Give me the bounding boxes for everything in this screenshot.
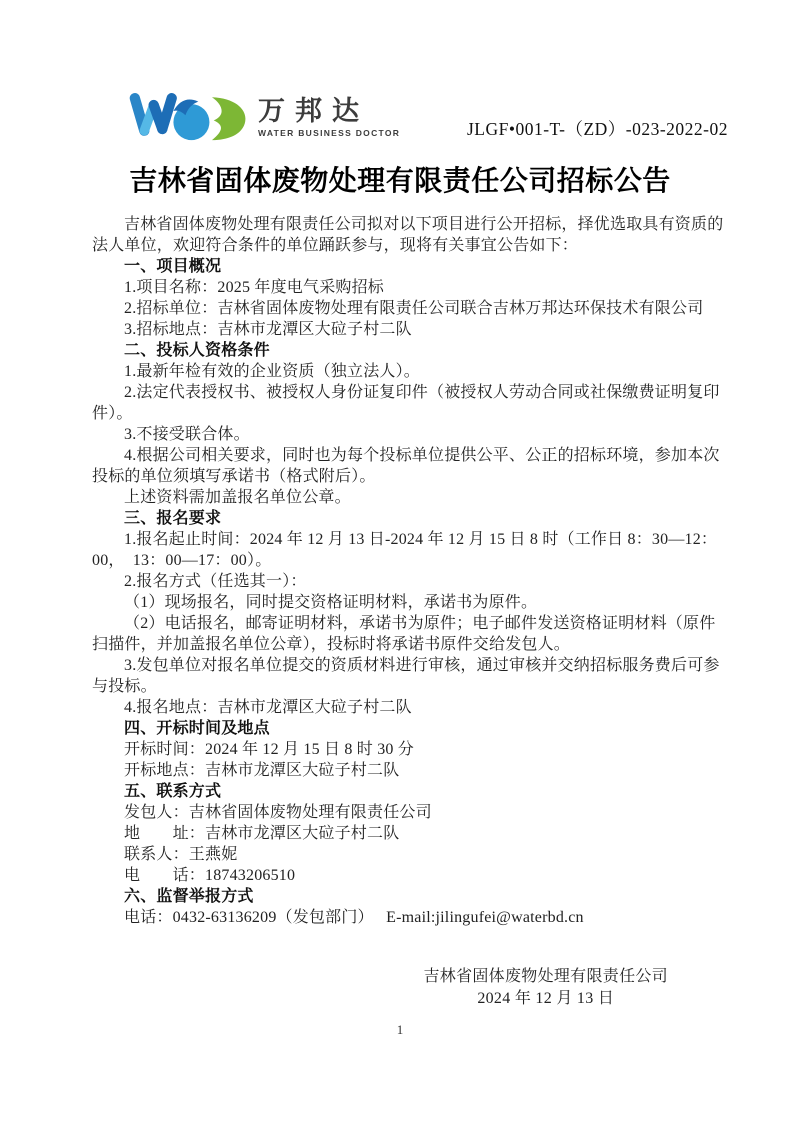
paragraph: 1.项目名称：2025 年度电气采购招标 (92, 277, 730, 298)
section-heading-contact: 五、联系方式 (92, 781, 730, 802)
section-heading-overview: 一、项目概况 (92, 256, 730, 277)
paragraph: 3.招标地点：吉林市龙潭区大砬子村二队 (92, 319, 730, 340)
page-title: 吉林省固体废物处理有限责任公司招标公告 (0, 161, 800, 201)
company-logo: 万邦达 WATER BUSINESS DOCTOR (128, 89, 400, 145)
signature-company: 吉林省固体废物处理有限责任公司 (423, 966, 668, 988)
paragraph: 3.发包单位对报名单位提交的资质材料进行审核，通过审核并交纳招标服务费后可参与投… (92, 655, 730, 697)
paragraph: 2.报名方式（任选其一）： (92, 571, 730, 592)
paragraph: 开标时间：2024 年 12 月 15 日 8 时 30 分 (92, 739, 730, 760)
section-heading-registration: 三、报名要求 (92, 508, 730, 529)
section-heading-bid-opening: 四、开标时间及地点 (92, 718, 730, 739)
wbd-logo-icon (128, 89, 248, 145)
intro-paragraph: 吉林省固体废物处理有限责任公司拟对以下项目进行公开招标，择优选取具有资质的法人单… (92, 214, 730, 256)
paragraph: 地 址：吉林市龙潭区大砬子村二队 (92, 823, 730, 844)
section-heading-qualification: 二、投标人资格条件 (92, 340, 730, 361)
paragraph: 2.招标单位：吉林省固体废物处理有限责任公司联合吉林万邦达环保技术有限公司 (92, 298, 730, 319)
section-heading-supervision: 六、监督举报方式 (92, 886, 730, 907)
signature-date: 2024 年 12 月 13 日 (423, 988, 668, 1010)
logo-text: 万邦达 WATER BUSINESS DOCTOR (258, 97, 400, 138)
paragraph: 开标地点：吉林市龙潭区大砬子村二队 (92, 760, 730, 781)
page-number: 1 (0, 1022, 800, 1038)
paragraph: 发包人：吉林省固体废物处理有限责任公司 (92, 802, 730, 823)
paragraph: 1.报名起止时间：2024 年 12 月 13 日-2024 年 12 月 15… (92, 529, 730, 571)
paragraph: 上述资料需加盖报名单位公章。 (92, 487, 730, 508)
paragraph: 4.根据公司相关要求，同时也为每个投标单位提供公平、公正的招标环境，参加本次投标… (92, 445, 730, 487)
logo-name-cn: 万邦达 (258, 97, 400, 126)
paragraph: 联系人：王燕妮 (92, 844, 730, 865)
signature-inner: 吉林省固体废物处理有限责任公司 2024 年 12 月 13 日 (423, 966, 668, 1010)
logo-tagline: WATER BUSINESS DOCTOR (258, 128, 400, 138)
document-header: 万邦达 WATER BUSINESS DOCTOR JLGF•001-T-（ZD… (0, 0, 800, 145)
document-body: 吉林省固体废物处理有限责任公司拟对以下项目进行公开招标，择优选取具有资质的法人单… (0, 201, 800, 928)
paragraph: 2.法定代表授权书、被授权人身份证复印件（被授权人劳动合同或社保缴费证明复印件）… (92, 382, 730, 424)
paragraph: 1.最新年检有效的企业资质（独立法人）。 (92, 361, 730, 382)
signature-block: 吉林省固体废物处理有限责任公司 2024 年 12 月 13 日 (0, 966, 800, 1010)
document-page: 万邦达 WATER BUSINESS DOCTOR JLGF•001-T-（ZD… (0, 0, 800, 1132)
doc-number: JLGF•001-T-（ZD）-023-2022-02 (467, 116, 728, 145)
paragraph: 电 话：18743206510 (92, 865, 730, 886)
paragraph: （1）现场报名，同时提交资格证明材料，承诺书为原件。 (92, 592, 730, 613)
paragraph: 电话：0432-63136209（发包部门） E-mail:jilingufei… (92, 907, 730, 928)
paragraph: 4.报名地点：吉林市龙潭区大砬子村二队 (92, 697, 730, 718)
paragraph: 3.不接受联合体。 (92, 424, 730, 445)
paragraph: （2）电话报名，邮寄证明材料，承诺书为原件；电子邮件发送资格证明材料（原件扫描件… (92, 613, 730, 655)
